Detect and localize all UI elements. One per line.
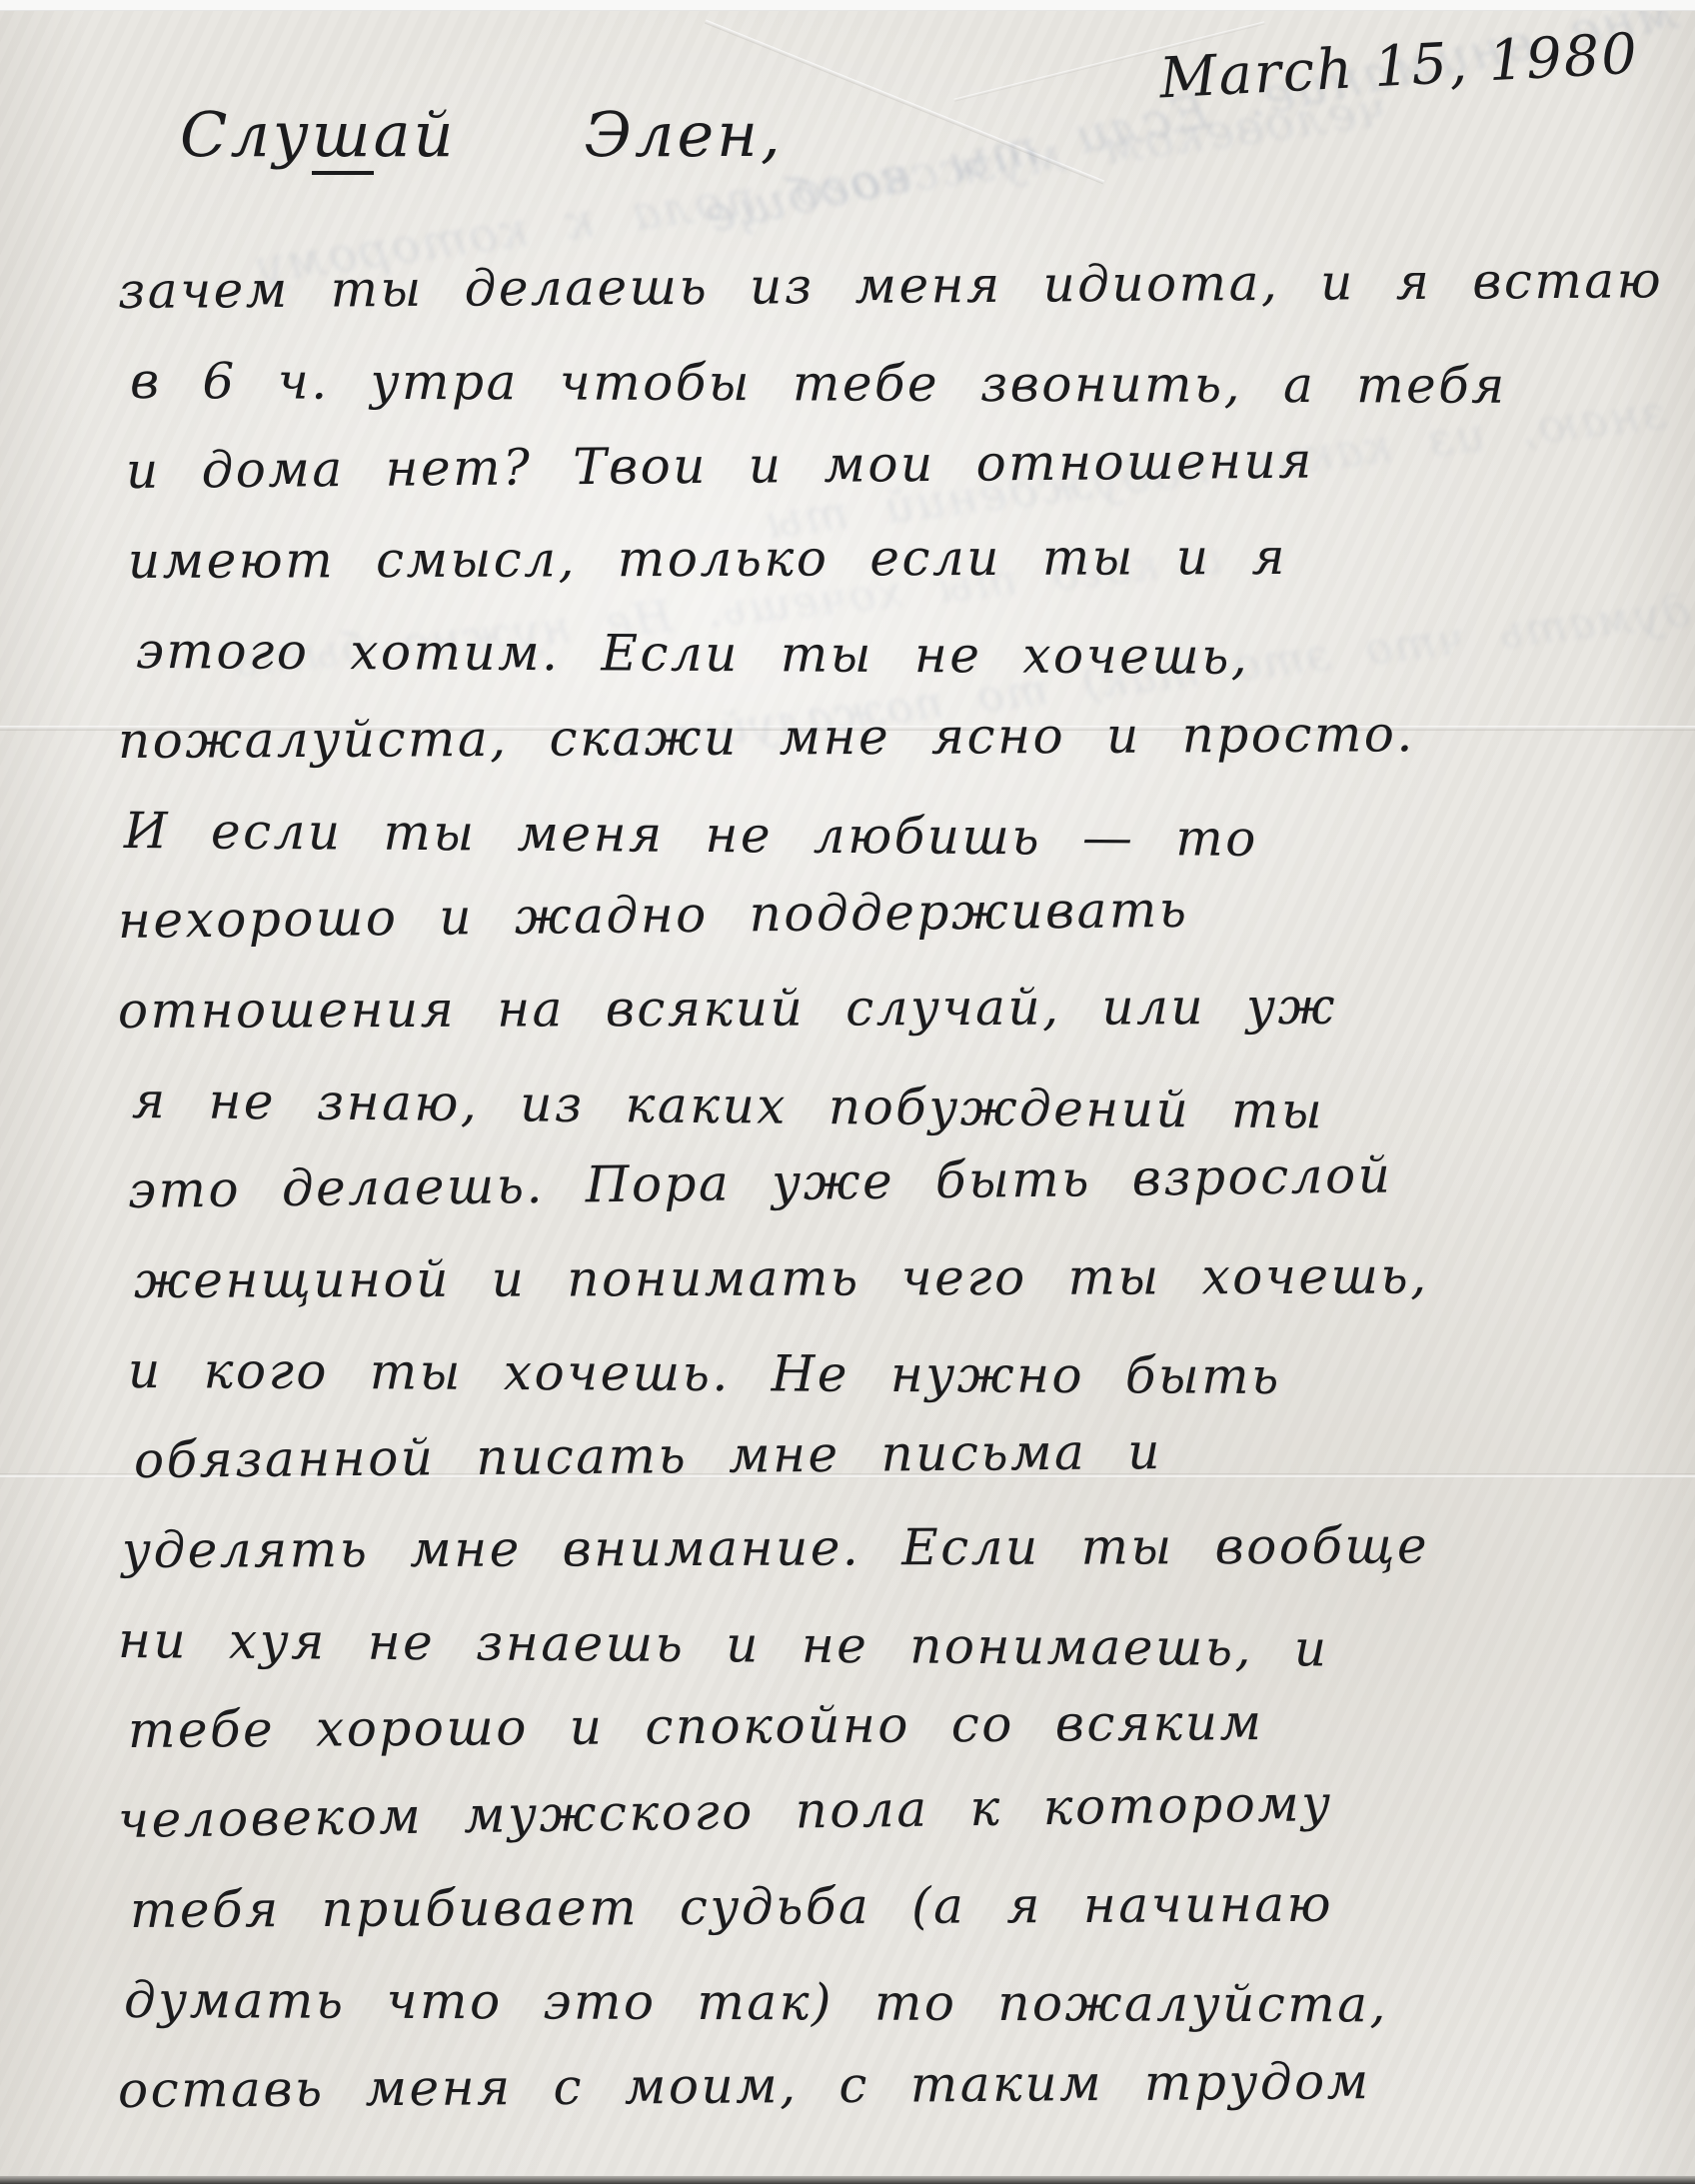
- letter-line: зачем ты делаешь из меня идиота, и я вст…: [118, 235, 1678, 336]
- greeting-line: СлушайЭлен,: [180, 98, 784, 171]
- underlined-letter: ш: [312, 98, 374, 175]
- letter-line: и дома нет? Твои и мои отношения: [126, 412, 1678, 516]
- letter-line: имеют смысл, только если ты и я: [128, 511, 1677, 606]
- letter-line: нехорошо и жадно поддерживать: [118, 860, 1678, 966]
- greeting-word-part: Слу: [180, 98, 312, 171]
- greeting-word-part: ай: [374, 98, 457, 171]
- greeting-name: Элен,: [585, 98, 784, 171]
- letter-line: отношения на всякий случай, или уж: [118, 961, 1677, 1056]
- scanner-edge-bottom: [0, 2176, 1695, 2184]
- letter-body: зачем ты делаешь из меня идиота, и я вст…: [118, 246, 1677, 2135]
- letter-line: обязанной писать мне письма и: [134, 1402, 1678, 1505]
- date-line: March 15, 1980: [1158, 21, 1641, 111]
- greeting-word: Слушай: [180, 98, 457, 175]
- scanned-letter-page: уделять мне внимание. Если ты вообще чел…: [0, 0, 1695, 2184]
- letter-line: пожалуйста, скажи мне ясно и просто.: [118, 688, 1677, 786]
- letter-line: женщиной и понимать чего ты хочешь,: [134, 1230, 1677, 1325]
- letter-line: оставь меня с моим, с таким трудом: [118, 2034, 1678, 2135]
- letter-line: это делаешь. Пора уже быть взрослой: [127, 1126, 1677, 1235]
- paper-background: уделять мне внимание. Если ты вообще чел…: [0, 0, 1695, 2184]
- scanner-edge-top: [0, 0, 1695, 11]
- letter-line: тебя прибивает судьба (а я начинаю: [130, 1857, 1677, 1955]
- letter-line: уделять мне внимание. Если ты вообще: [122, 1500, 1677, 1595]
